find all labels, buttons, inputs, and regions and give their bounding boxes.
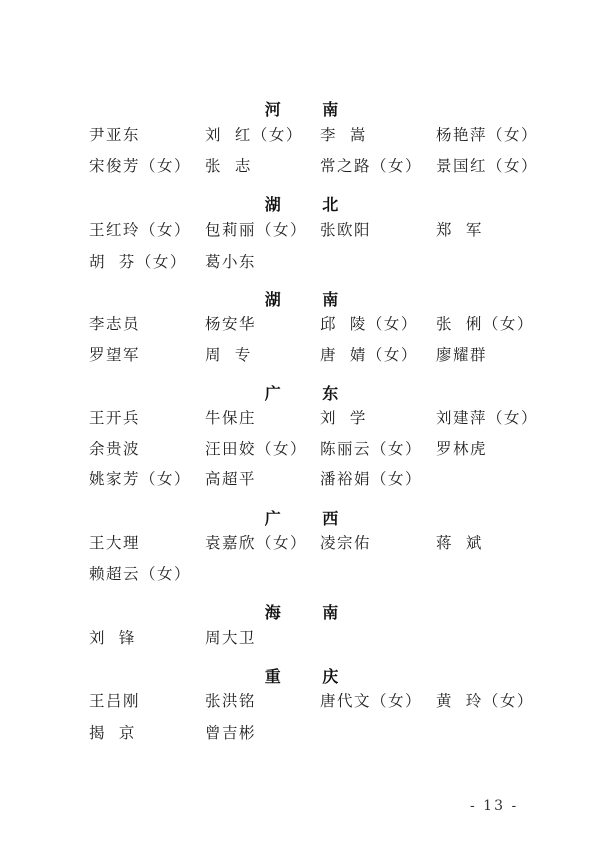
page-number: - 13 - (470, 798, 518, 814)
name-row: 王红玲（女） 包莉丽（女） 张欧阳 郑 军 (0, 218, 603, 240)
name-cell: 尹亚东 (89, 123, 140, 145)
name-cell: 蒋 斌 (436, 531, 483, 553)
name-cell: 唐代文（女） (320, 689, 422, 711)
name-row: 余贵波 汪田姣（女） 陈丽云（女） 罗林虎 (0, 437, 603, 459)
name-row: 赖超云（女） (0, 562, 603, 584)
name-cell: 唐 婧（女） (320, 343, 418, 365)
name-cell: 黄 玲（女） (436, 689, 534, 711)
name-cell: 包莉丽（女） (205, 218, 307, 240)
name-cell: 胡 芬（女） (89, 250, 187, 272)
name-cell: 周大卫 (205, 626, 256, 648)
section-title-chongqing: 重 庆 (0, 664, 603, 687)
name-cell: 刘 红（女） (205, 123, 303, 145)
name-row: 李志员 杨安华 邱 陵（女） 张 俐（女） (0, 312, 603, 334)
section-title-hubei: 湖 北 (0, 192, 603, 215)
name-cell: 曾吉彬 (205, 721, 256, 743)
name-cell: 邱 陵（女） (320, 312, 418, 334)
name-cell: 张 志 (205, 154, 252, 176)
name-cell: 陈丽云（女） (320, 437, 422, 459)
name-cell: 刘 学 (320, 406, 367, 428)
name-cell: 罗望军 (89, 343, 140, 365)
name-cell: 张 俐（女） (436, 312, 534, 334)
section-title-guangxi: 广 西 (0, 506, 603, 529)
name-row: 宋俊芳（女） 张 志 常之路（女） 景国红（女） (0, 154, 603, 176)
name-cell: 刘 锋 (89, 626, 136, 648)
name-cell: 刘建萍（女） (436, 406, 538, 428)
name-cell: 王吕刚 (89, 689, 140, 711)
name-cell: 潘裕娟（女） (320, 467, 422, 489)
document-page: 河 南 尹亚东 刘 红（女） 李 嵩 杨艳萍（女） 宋俊芳（女） 张 志 常之路… (0, 0, 603, 848)
name-cell: 景国红（女） (436, 154, 538, 176)
section-title-hunan: 湖 南 (0, 287, 603, 310)
name-cell: 张洪铭 (205, 689, 256, 711)
name-cell: 李 嵩 (320, 123, 367, 145)
name-row: 王开兵 牛保庄 刘 学 刘建萍（女） (0, 406, 603, 428)
name-cell: 牛保庄 (205, 406, 256, 428)
name-cell: 罗林虎 (436, 437, 487, 459)
name-cell: 张欧阳 (320, 218, 371, 240)
name-cell: 常之路（女） (320, 154, 422, 176)
section-title-guangdong: 广 东 (0, 381, 603, 404)
name-row: 罗望军 周 专 唐 婧（女） 廖耀群 (0, 343, 603, 365)
name-row: 尹亚东 刘 红（女） 李 嵩 杨艳萍（女） (0, 123, 603, 145)
name-row: 胡 芬（女） 葛小东 (0, 250, 603, 272)
name-cell: 汪田姣（女） (205, 437, 307, 459)
name-cell: 王红玲（女） (89, 218, 191, 240)
name-cell: 袁嘉欣（女） (205, 531, 307, 553)
name-cell: 郑 军 (436, 218, 483, 240)
name-cell: 周 专 (205, 343, 252, 365)
name-cell: 廖耀群 (436, 343, 487, 365)
name-row: 王大理 袁嘉欣（女） 凌宗佑 蒋 斌 (0, 531, 603, 553)
name-cell: 赖超云（女） (89, 562, 191, 584)
name-cell: 杨艳萍（女） (436, 123, 538, 145)
name-cell: 宋俊芳（女） (89, 154, 191, 176)
name-cell: 揭 京 (89, 721, 136, 743)
name-cell: 杨安华 (205, 312, 256, 334)
name-cell: 高超平 (205, 467, 256, 489)
name-cell: 余贵波 (89, 437, 140, 459)
section-title-henan: 河 南 (0, 97, 603, 120)
name-cell: 葛小东 (205, 250, 256, 272)
section-title-hainan: 海 南 (0, 600, 603, 623)
name-cell: 李志员 (89, 312, 140, 334)
name-cell: 姚家芳（女） (89, 467, 191, 489)
name-row: 姚家芳（女） 高超平 潘裕娟（女） (0, 467, 603, 489)
name-cell: 凌宗佑 (320, 531, 371, 553)
name-row: 王吕刚 张洪铭 唐代文（女） 黄 玲（女） (0, 689, 603, 711)
name-row: 刘 锋 周大卫 (0, 626, 603, 648)
name-cell: 王开兵 (89, 406, 140, 428)
name-row: 揭 京 曾吉彬 (0, 721, 603, 743)
name-cell: 王大理 (89, 531, 140, 553)
